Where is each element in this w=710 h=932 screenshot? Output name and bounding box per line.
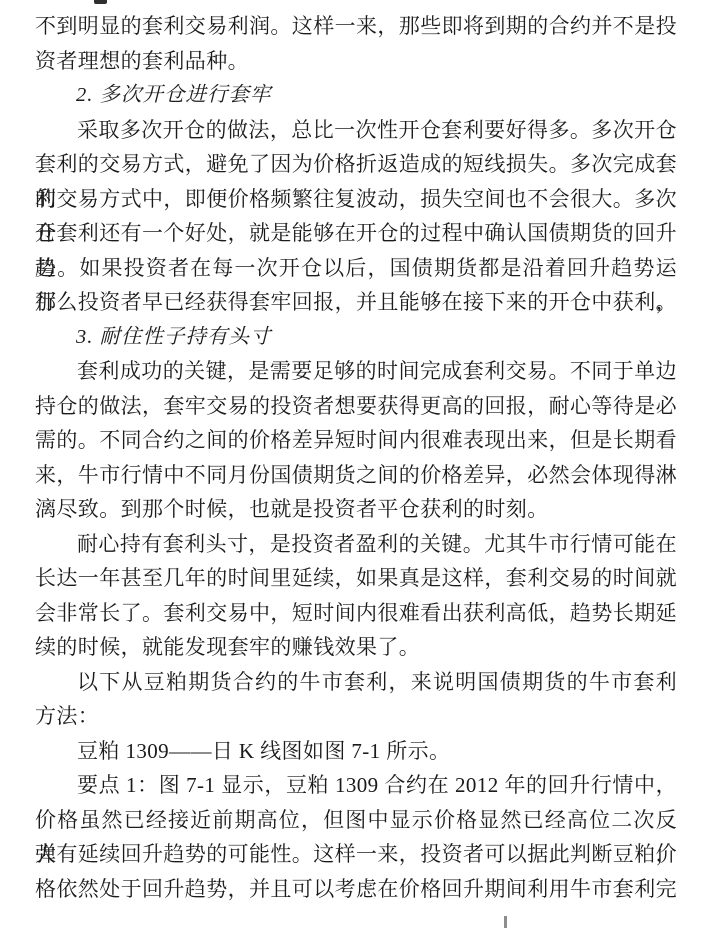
- paragraph-line: 漓尽致。到那个时候，也就是投资者平仓获利的时刻。: [35, 492, 677, 527]
- body-text-block: 不到明显的套利交易利润。这样一来，那些即将到期的合约并不是投 资者理想的套利品种…: [35, 9, 677, 906]
- paragraph-line: 持仓的做法，套牢交易的投资者想要获得更高的回报，耐心等待是必: [35, 389, 677, 424]
- paragraph-line: 采取多次开仓的做法，总比一次性开仓套利要好得多。多次开仓: [35, 113, 677, 148]
- paragraph-line: 要点 1：图 7-1 显示，豆粕 1309 合约在 2012 年的回升行情中，: [35, 768, 677, 803]
- paragraph-line: 资者理想的套利品种。: [35, 44, 677, 79]
- paragraph-line: 不到明显的套利交易利润。这样一来，那些即将到期的合约并不是投: [35, 9, 677, 44]
- document-page: 不到明显的套利交易利润。这样一来，那些即将到期的合约并不是投 资者理想的套利品种…: [0, 0, 710, 932]
- paragraph-line: 耐心持有套利头寸，是投资者盈利的关键。尤其牛市行情可能在: [35, 527, 677, 562]
- paragraph-line: 长达一年甚至几年的时间里延续，如果真是这样，套利交易的时间就: [35, 561, 677, 596]
- scan-artifact-bottom-mark: [504, 916, 507, 928]
- scan-artifact-top-smudge: [94, 0, 107, 4]
- subsection-heading-2: 2. 多次开仓进行套牢: [35, 78, 677, 113]
- paragraph-line: 那么投资者早已经获得套牢回报，并且能够在接下来的开仓中获利。: [35, 285, 677, 320]
- paragraph-line: 大有延续回升趋势的可能性。这样一来，投资者可以据此判断豆粕价: [35, 837, 677, 872]
- paragraph-line: 的交易方式中，即便价格频繁往复波动，损失空间也不会很大。多次开: [35, 182, 677, 217]
- paragraph-line: 续的时候，就能发现套牢的赚钱效果了。: [35, 630, 677, 665]
- subsection-heading-3: 3. 耐住性子持有头寸: [35, 320, 677, 355]
- paragraph-line: 价格虽然已经接近前期高位，但图中显示价格显然已经高位二次反弹，: [35, 803, 677, 838]
- paragraph-line: 仓套利还有一个好处，就是能够在开仓的过程中确认国债期货的回升趋: [35, 216, 677, 251]
- paragraph-line: 套利的交易方式，避免了因为价格折返造成的短线损失。多次完成套利: [35, 147, 677, 182]
- paragraph-line: 来，牛市行情中不同月份国债期货之间的价格差异，必然会体现得淋: [35, 458, 677, 493]
- paragraph-line: 需的。不同合约之间的价格差异短时间内很难表现出来，但是长期看: [35, 423, 677, 458]
- paragraph-line: 套利成功的关键，是需要足够的时间完成套利交易。不同于单边: [35, 354, 677, 389]
- paragraph-line: 会非常长了。套利交易中，短时间内很难看出获利高低，趋势长期延: [35, 596, 677, 631]
- figure-reference-line: 豆粕 1309——日 K 线图如图 7-1 所示。: [35, 734, 677, 769]
- paragraph-line: 以下从豆粕期货合约的牛市套利，来说明国债期货的牛市套利: [35, 665, 677, 700]
- paragraph-line: 方法：: [35, 699, 677, 734]
- paragraph-line: 格依然处于回升趋势，并且可以考虑在价格回升期间利用牛市套利完: [35, 872, 677, 907]
- paragraph-line: 势。如果投资者在每一次开仓以后，国债期货都是沿着回升趋势运行，: [35, 251, 677, 286]
